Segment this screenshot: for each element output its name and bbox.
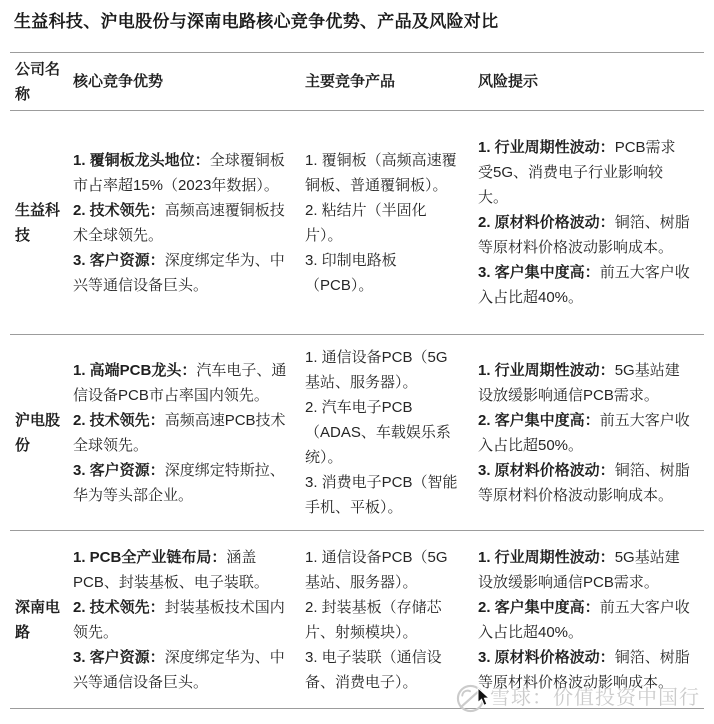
product-item-text: 2. 粘结片（半固化片）。 (305, 202, 427, 244)
product-item: 3. 印制电路板（PCB）。 (305, 248, 462, 298)
table-row: 沪电股份1. 高端PCB龙头：汽车电子、通信设备PCB市占率国内领先。2. 技术… (10, 335, 704, 531)
header-core-advantages: 核心竞争优势 (73, 53, 305, 111)
risk-item-text: 3. 原材料价格波动： (478, 462, 615, 479)
advantage-item-text: 2. 技术领先： (73, 202, 165, 219)
advantage-item-text: 3. 客户资源： (73, 649, 165, 666)
risk-item: 1. 行业周期性波动：PCB需求受5G、消费电子行业影响较大。 (478, 135, 690, 210)
advantages-cell: 1. 高端PCB龙头：汽车电子、通信设备PCB市占率国内领先。2. 技术领先：高… (73, 335, 305, 531)
risk-item-text: 1. 行业周期性波动： (478, 549, 615, 566)
advantage-item: 3. 客户资源：深度绑定特斯拉、华为等头部企业。 (73, 458, 295, 508)
product-item-text: 2. 封装基板（存储芯片、射频模块）。 (305, 599, 442, 641)
advantage-item: 3. 客户资源：深度绑定华为、中兴等通信设备巨头。 (73, 248, 295, 298)
product-item: 1. 覆铜板（高频高速覆铜板、普通覆铜板）。 (305, 148, 462, 198)
products-cell: 1. 通信设备PCB（5G基站、服务器）。2. 汽车电子PCB（ADAS、车载娱… (305, 335, 478, 531)
advantage-item-text: 2. 技术领先： (73, 412, 165, 429)
product-item-text: 1. 通信设备PCB（5G基站、服务器）。 (305, 349, 448, 391)
table-body: 生益科技1. 覆铜板龙头地位：全球覆铜板市占率超15%（2023年数据）。2. … (10, 111, 704, 709)
article-page: 生益科技、沪电股份与深南电路核心竞争优势、产品及风险对比 公司名称 核心竞争优势… (0, 0, 714, 724)
company-name: 深南电路 (10, 531, 73, 709)
advantages-cell: 1. PCB全产业链布局：涵盖PCB、封装基板、电子装联。2. 技术领先：封装基… (73, 531, 305, 709)
risk-item-text: 3. 原材料价格波动： (478, 649, 615, 666)
advantages-cell: 1. 覆铜板龙头地位：全球覆铜板市占率超15%（2023年数据）。2. 技术领先… (73, 111, 305, 335)
risk-item-text: 1. 行业周期性波动： (478, 362, 615, 379)
product-item-text: 3. 印制电路板（PCB）。 (305, 252, 397, 294)
product-item: 1. 通信设备PCB（5G基站、服务器）。 (305, 545, 462, 595)
risk-item-text: 2. 客户集中度高： (478, 412, 600, 429)
risks-cell: 1. 行业周期性波动：5G基站建设放缓影响通信PCB需求。2. 客户集中度高：前… (478, 531, 704, 709)
advantage-item: 1. 覆铜板龙头地位：全球覆铜板市占率超15%（2023年数据）。 (73, 148, 295, 198)
risk-item-text: 1. 行业周期性波动： (478, 139, 615, 156)
header-main-products: 主要竞争产品 (305, 53, 478, 111)
risk-item: 2. 客户集中度高：前五大客户收入占比超40%。 (478, 595, 690, 645)
table-row: 深南电路1. PCB全产业链布局：涵盖PCB、封装基板、电子装联。2. 技术领先… (10, 531, 704, 709)
product-item: 3. 电子装联（通信设备、消费电子）。 (305, 645, 462, 695)
mouse-pointer-icon (477, 687, 491, 712)
risk-item: 3. 原材料价格波动：铜箔、树脂等原材料价格波动影响成本。 (478, 645, 690, 695)
page-title: 生益科技、沪电股份与深南电路核心竞争优势、产品及风险对比 (14, 11, 498, 33)
products-cell: 1. 覆铜板（高频高速覆铜板、普通覆铜板）。2. 粘结片（半固化片）。3. 印制… (305, 111, 478, 335)
product-item: 2. 汽车电子PCB（ADAS、车载娱乐系统）。 (305, 395, 462, 470)
advantage-item-text: 1. 覆铜板龙头地位： (73, 152, 210, 169)
advantage-item: 1. PCB全产业链布局：涵盖PCB、封装基板、电子装联。 (73, 545, 295, 595)
header-risk-tips: 风险提示 (478, 53, 704, 111)
product-item-text: 1. 覆铜板（高频高速覆铜板、普通覆铜板）。 (305, 152, 457, 194)
advantage-item-text: 2. 技术领先： (73, 599, 165, 616)
table-header-row: 公司名称 核心竞争优势 主要竞争产品 风险提示 (10, 53, 704, 111)
advantage-item-text: 1. 高端PCB龙头： (73, 362, 196, 379)
risk-item: 2. 客户集中度高：前五大客户收入占比超50%。 (478, 408, 690, 458)
product-item-text: 3. 消费电子PCB（智能手机、平板）。 (305, 474, 458, 516)
risk-item-text: 2. 客户集中度高： (478, 599, 600, 616)
risks-cell: 1. 行业周期性波动：5G基站建设放缓影响通信PCB需求。2. 客户集中度高：前… (478, 335, 704, 531)
header-company-name: 公司名称 (10, 53, 73, 111)
company-name: 生益科技 (10, 111, 73, 335)
advantage-item: 2. 技术领先：高频高速PCB技术全球领先。 (73, 408, 295, 458)
comparison-table: 公司名称 核心竞争优势 主要竞争产品 风险提示 生益科技1. 覆铜板龙头地位：全… (10, 52, 704, 709)
risk-item-text: 2. 原材料价格波动： (478, 214, 615, 231)
product-item: 3. 消费电子PCB（智能手机、平板）。 (305, 470, 462, 520)
advantage-item: 1. 高端PCB龙头：汽车电子、通信设备PCB市占率国内领先。 (73, 358, 295, 408)
product-item: 2. 封装基板（存储芯片、射频模块）。 (305, 595, 462, 645)
risk-item: 3. 原材料价格波动：铜箔、树脂等原材料价格波动影响成本。 (478, 458, 690, 508)
risk-item: 1. 行业周期性波动：5G基站建设放缓影响通信PCB需求。 (478, 358, 690, 408)
product-item: 2. 粘结片（半固化片）。 (305, 198, 462, 248)
risk-item: 3. 客户集中度高：前五大客户收入占比超40%。 (478, 260, 690, 310)
products-cell: 1. 通信设备PCB（5G基站、服务器）。2. 封装基板（存储芯片、射频模块）。… (305, 531, 478, 709)
risks-cell: 1. 行业周期性波动：PCB需求受5G、消费电子行业影响较大。2. 原材料价格波… (478, 111, 704, 335)
advantage-item: 2. 技术领先：封装基板技术国内领先。 (73, 595, 295, 645)
advantage-item: 3. 客户资源：深度绑定华为、中兴等通信设备巨头。 (73, 645, 295, 695)
product-item-text: 2. 汽车电子PCB（ADAS、车载娱乐系统）。 (305, 399, 451, 466)
risk-item: 1. 行业周期性波动：5G基站建设放缓影响通信PCB需求。 (478, 545, 690, 595)
advantage-item: 2. 技术领先：高频高速覆铜板技术全球领先。 (73, 198, 295, 248)
risk-item-text: 3. 客户集中度高： (478, 264, 600, 281)
product-item: 1. 通信设备PCB（5G基站、服务器）。 (305, 345, 462, 395)
company-name: 沪电股份 (10, 335, 73, 531)
table-row: 生益科技1. 覆铜板龙头地位：全球覆铜板市占率超15%（2023年数据）。2. … (10, 111, 704, 335)
advantage-item-text: 1. PCB全产业链布局： (73, 549, 226, 566)
advantage-item-text: 3. 客户资源： (73, 252, 165, 269)
product-item-text: 1. 通信设备PCB（5G基站、服务器）。 (305, 549, 448, 591)
risk-item: 2. 原材料价格波动：铜箔、树脂等原材料价格波动影响成本。 (478, 210, 690, 260)
advantage-item-text: 3. 客户资源： (73, 462, 165, 479)
product-item-text: 3. 电子装联（通信设备、消费电子）。 (305, 649, 442, 691)
